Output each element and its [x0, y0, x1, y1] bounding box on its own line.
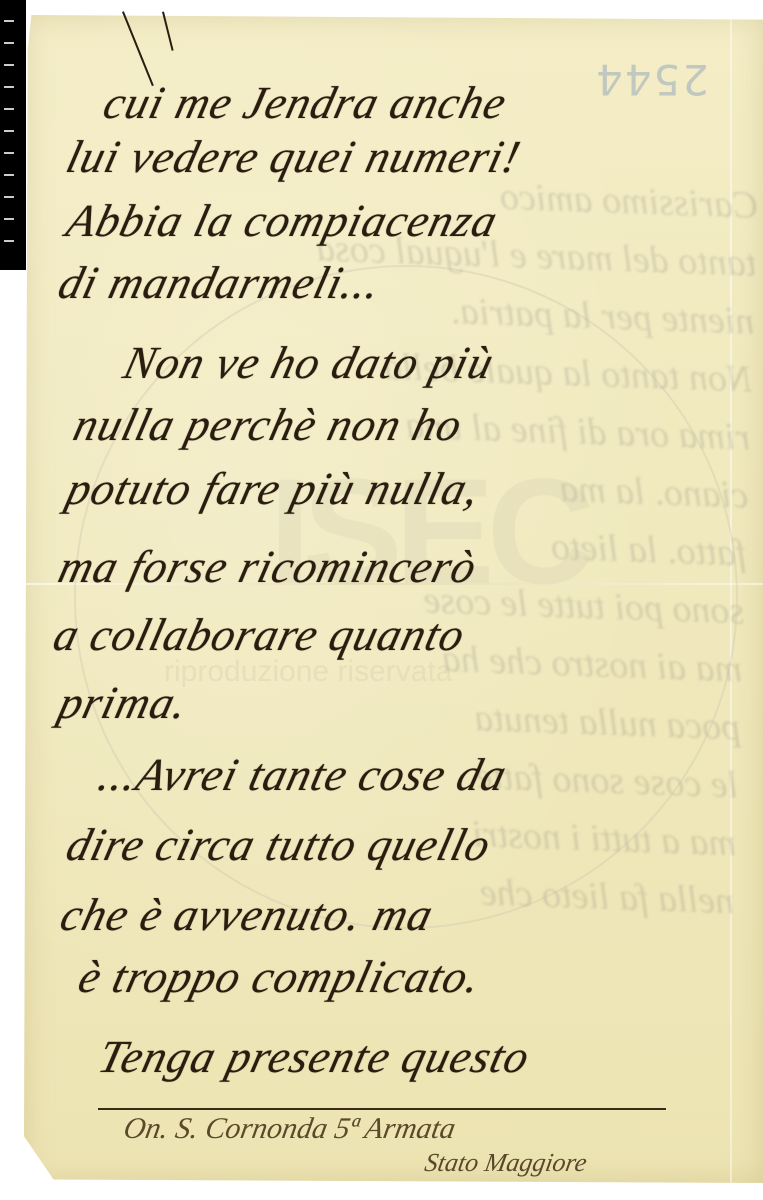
letter-line: cui me Jendra anche	[98, 76, 512, 129]
letter-line: prima.	[53, 676, 194, 729]
letter-line: ...Avrei tante cose da	[93, 748, 512, 801]
letter-line: potuto fare più nulla,	[61, 462, 486, 515]
letter-line: dire circa tutto quello	[61, 818, 496, 871]
letter-line: Abbia la compiacenza	[61, 194, 503, 247]
letter-line: che è avvenuto. ma	[55, 888, 439, 941]
letter-body: cui me Jendra anche lui vedere quei nume…	[0, 0, 763, 1200]
scanned-letter-page: Carissimo amico tanto del mare e l'ugual…	[0, 0, 763, 1200]
letter-line: Tenga presente questo	[93, 1030, 535, 1083]
letter-line: a collaborare quanto	[48, 608, 470, 661]
letter-line: lui vedere quei numeri!	[61, 130, 526, 183]
letter-line: è troppo complicato.	[73, 950, 487, 1003]
letter-line: nulla perchè non ho	[68, 398, 468, 451]
footer-address-line1: On. S. Cornonda 5ª Armata	[121, 1112, 458, 1146]
letter-line: Non ve ho dato più	[118, 336, 499, 389]
footer-address-line2: Stato Maggiore	[422, 1148, 589, 1178]
underline-rule	[98, 1108, 666, 1110]
letter-line: di mandarmeli...	[53, 256, 386, 309]
letter-line: ma forse ricomincerò	[53, 540, 482, 593]
